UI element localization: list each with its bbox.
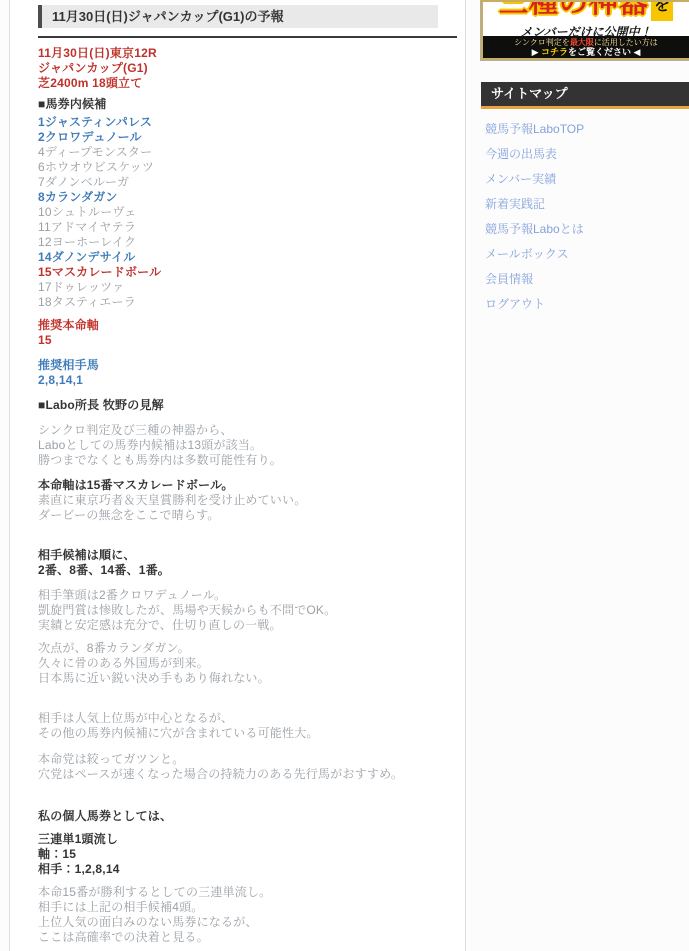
- article-line: ダービーの無念をここで晴らす。: [38, 508, 457, 523]
- title-divider: [38, 36, 457, 38]
- article-line: 久々に骨のある外国馬が到来。: [38, 656, 457, 671]
- article-line: 本命軸は15番マスカレードボール。: [38, 478, 457, 493]
- article-line: 素直に東京巧者＆天皇賞勝利を受け止めていい。: [38, 493, 457, 508]
- sitemap-link-5[interactable]: メールボックス: [485, 248, 689, 260]
- article-line: 15: [38, 333, 457, 348]
- article-line: シンクロ判定及び三種の神器から、: [38, 423, 457, 438]
- article-line: 相手：1,2,8,14: [38, 862, 457, 877]
- article-line: 推奨相手馬: [38, 358, 457, 373]
- strip2-highlight: コチラ: [541, 47, 568, 57]
- article-line: 8カランダガン: [38, 190, 457, 205]
- strip1-post: に活用したい方は: [594, 38, 658, 47]
- article-line: 本命党は絞ってガツンと。: [38, 752, 457, 767]
- strip2-post: をご覧ください ◀: [568, 47, 640, 57]
- strip1-pre: シンクロ判定を: [514, 38, 570, 47]
- article-line: 凱旋門賞は惨敗したが、馬場や天候からも不問でOK。: [38, 603, 457, 618]
- banner-strip: シンクロ判定を最大限に活用したい方は ▶ コチラをご覧ください ◀: [483, 36, 689, 58]
- banner-strip-line2: ▶ コチラをご覧ください ◀: [483, 47, 689, 58]
- article-line: 10シュトルーヴェ: [38, 205, 457, 220]
- article-line: 軸：15: [38, 847, 457, 862]
- article-block: 相手筆頭は2番クロワデュノール。凱旋門賞は惨敗したが、馬場や天候からも不問でOK…: [38, 588, 457, 633]
- article-line: 相手候補は順に、: [38, 548, 457, 563]
- article-line: 2クロワデュノール: [38, 130, 457, 145]
- banner-big-text: 三種の神器: [499, 2, 649, 19]
- article-line: 18タスティエーラ: [38, 295, 457, 310]
- article-line: 2番、8番、14番、1番。: [38, 563, 457, 578]
- article-block: 三連単1頭流し軸：15相手：1,2,8,14: [38, 832, 457, 877]
- banner-subline: メンバーだけに公開中！: [514, 23, 657, 36]
- article-line: Laboとしての馬券内候補は13頭が該当。: [38, 438, 457, 453]
- article-line: 11アドマイヤテラ: [38, 220, 457, 235]
- article-line: 日本馬に近い鋭い決め手もあり侮れない。: [38, 671, 457, 686]
- article-block: 本命軸は15番マスカレードボール。素直に東京巧者＆天皇賞勝利を受け止めていい。ダ…: [38, 478, 457, 523]
- article-block: ■馬券内候補: [38, 97, 457, 112]
- article-line: 相手筆頭は2番クロワデュノール。: [38, 588, 457, 603]
- page: 11月30日(日)ジャパンカップ(G1)の予報 11月30日(日)東京12Rジャ…: [0, 0, 689, 951]
- article-block: 相手候補は順に、2番、8番、14番、1番。: [38, 548, 457, 578]
- article-line: 12ヨーホーレイク: [38, 235, 457, 250]
- article-line: 次点が、8番カランダガン。: [38, 641, 457, 656]
- article-block: 次点が、8番カランダガン。久々に骨のある外国馬が到来。日本馬に近い鋭い決め手もあ…: [38, 641, 457, 686]
- article-column: 11月30日(日)ジャパンカップ(G1)の予報 11月30日(日)東京12Rジャ…: [9, 0, 466, 951]
- banner-big-line: 三種の神器を: [483, 2, 689, 23]
- article-block: 本命党は絞ってガツンと。穴党はペースが速くなった場合の持続力のある先行馬がおすす…: [38, 752, 457, 782]
- banner-subline-wrap: メンバーだけに公開中！: [483, 23, 689, 36]
- banner-suffix: を: [651, 2, 673, 21]
- sitemap-link-0[interactable]: 競馬予報LaboTOP: [485, 123, 689, 135]
- sitemap-links: 競馬予報LaboTOP今週の出馬表メンバー実績新着実践記競馬予報Laboとはメー…: [481, 123, 689, 310]
- article-line: 2,8,14,1: [38, 373, 457, 388]
- article-block: 11月30日(日)東京12Rジャパンカップ(G1)芝2400m 18頭立て: [38, 46, 457, 91]
- article-line: 15マスカレードボール: [38, 265, 457, 280]
- promo-banner[interactable]: 三種の神器を メンバーだけに公開中！ シンクロ判定を最大限に活用したい方は ▶ …: [481, 0, 689, 60]
- sitemap-link-7[interactable]: ログアウト: [485, 298, 689, 310]
- article-line: 相手には上記の相手候補4頭。: [38, 900, 457, 915]
- sitemap-link-4[interactable]: 競馬予報Laboとは: [485, 223, 689, 235]
- article-line: 4ディープモンスター: [38, 145, 457, 160]
- article-line: 三連単1頭流し: [38, 832, 457, 847]
- article-body: 11月30日(日)東京12Rジャパンカップ(G1)芝2400m 18頭立て■馬券…: [38, 46, 457, 945]
- article-line: ジャパンカップ(G1): [38, 61, 457, 76]
- article-line: 上位人気の面白みのない馬券になるが、: [38, 915, 457, 930]
- article-block: 1ジャスティンパレス2クロワデュノール4ディープモンスター6ホウオウビスケッツ7…: [38, 115, 457, 310]
- sitemap-link-2[interactable]: メンバー実績: [485, 173, 689, 185]
- article-block: 私の個人馬券としては、: [38, 809, 457, 824]
- article-line: 穴党はペースが速くなった場合の持続力のある先行馬がおすすめ。: [38, 767, 457, 782]
- article-line: ■馬券内候補: [38, 97, 457, 112]
- sidebar: 三種の神器を メンバーだけに公開中！ シンクロ判定を最大限に活用したい方は ▶ …: [481, 0, 689, 323]
- article-line: 推奨本命軸: [38, 318, 457, 333]
- article-line: 14ダノンデサイル: [38, 250, 457, 265]
- sitemap-link-6[interactable]: 会員情報: [485, 273, 689, 285]
- article-title-bar: 11月30日(日)ジャパンカップ(G1)の予報: [38, 5, 438, 28]
- article-line: 11月30日(日)東京12R: [38, 46, 457, 61]
- article-line: 実績と安定感は充分で、仕切り直しの一戦。: [38, 618, 457, 633]
- article-line: ここは高確率での決着と見る。: [38, 930, 457, 945]
- strip2-arrow-left: ▶: [532, 47, 541, 57]
- banner-headline: 三種の神器を メンバーだけに公開中！: [483, 2, 689, 36]
- sitemap-link-1[interactable]: 今週の出馬表: [485, 148, 689, 160]
- article-line: 7ダノンベルーガ: [38, 175, 457, 190]
- article-line: 本命15番が勝利するとしての三連単流し。: [38, 885, 457, 900]
- sitemap-title: サイトマップ: [491, 86, 568, 101]
- article-line: ■Labo所長 牧野の見解: [38, 398, 457, 413]
- article-line: その他の馬券内候補に穴が含まれている可能性大。: [38, 726, 457, 741]
- sitemap-link-3[interactable]: 新着実践記: [485, 198, 689, 210]
- article-block: 推奨相手馬2,8,14,1: [38, 358, 457, 388]
- article-block: 本命15番が勝利するとしての三連単流し。相手には上記の相手候補4頭。上位人気の面…: [38, 885, 457, 945]
- strip1-highlight: 最大限: [570, 38, 594, 47]
- article-block: 相手は人気上位馬が中心となるが、その他の馬券内候補に穴が含まれている可能性大。: [38, 711, 457, 741]
- article-block: ■Labo所長 牧野の見解: [38, 398, 457, 413]
- banner-strip-line1: シンクロ判定を最大限に活用したい方は: [483, 38, 689, 47]
- article-line: 17ドゥレッツァ: [38, 280, 457, 295]
- article-line: 1ジャスティンパレス: [38, 115, 457, 130]
- article-line: 6ホウオウビスケッツ: [38, 160, 457, 175]
- sitemap-header: サイトマップ: [481, 82, 689, 109]
- article-line: 私の個人馬券としては、: [38, 809, 457, 824]
- article-line: 芝2400m 18頭立て: [38, 76, 457, 91]
- article-line: 勝つまでなくとも馬券内は多数可能性有り。: [38, 453, 457, 468]
- article-block: 推奨本命軸15: [38, 318, 457, 348]
- article-line: 相手は人気上位馬が中心となるが、: [38, 711, 457, 726]
- article-block: シンクロ判定及び三種の神器から、Laboとしての馬券内候補は13頭が該当。勝つま…: [38, 423, 457, 468]
- article-title: 11月30日(日)ジャパンカップ(G1)の予報: [52, 9, 283, 24]
